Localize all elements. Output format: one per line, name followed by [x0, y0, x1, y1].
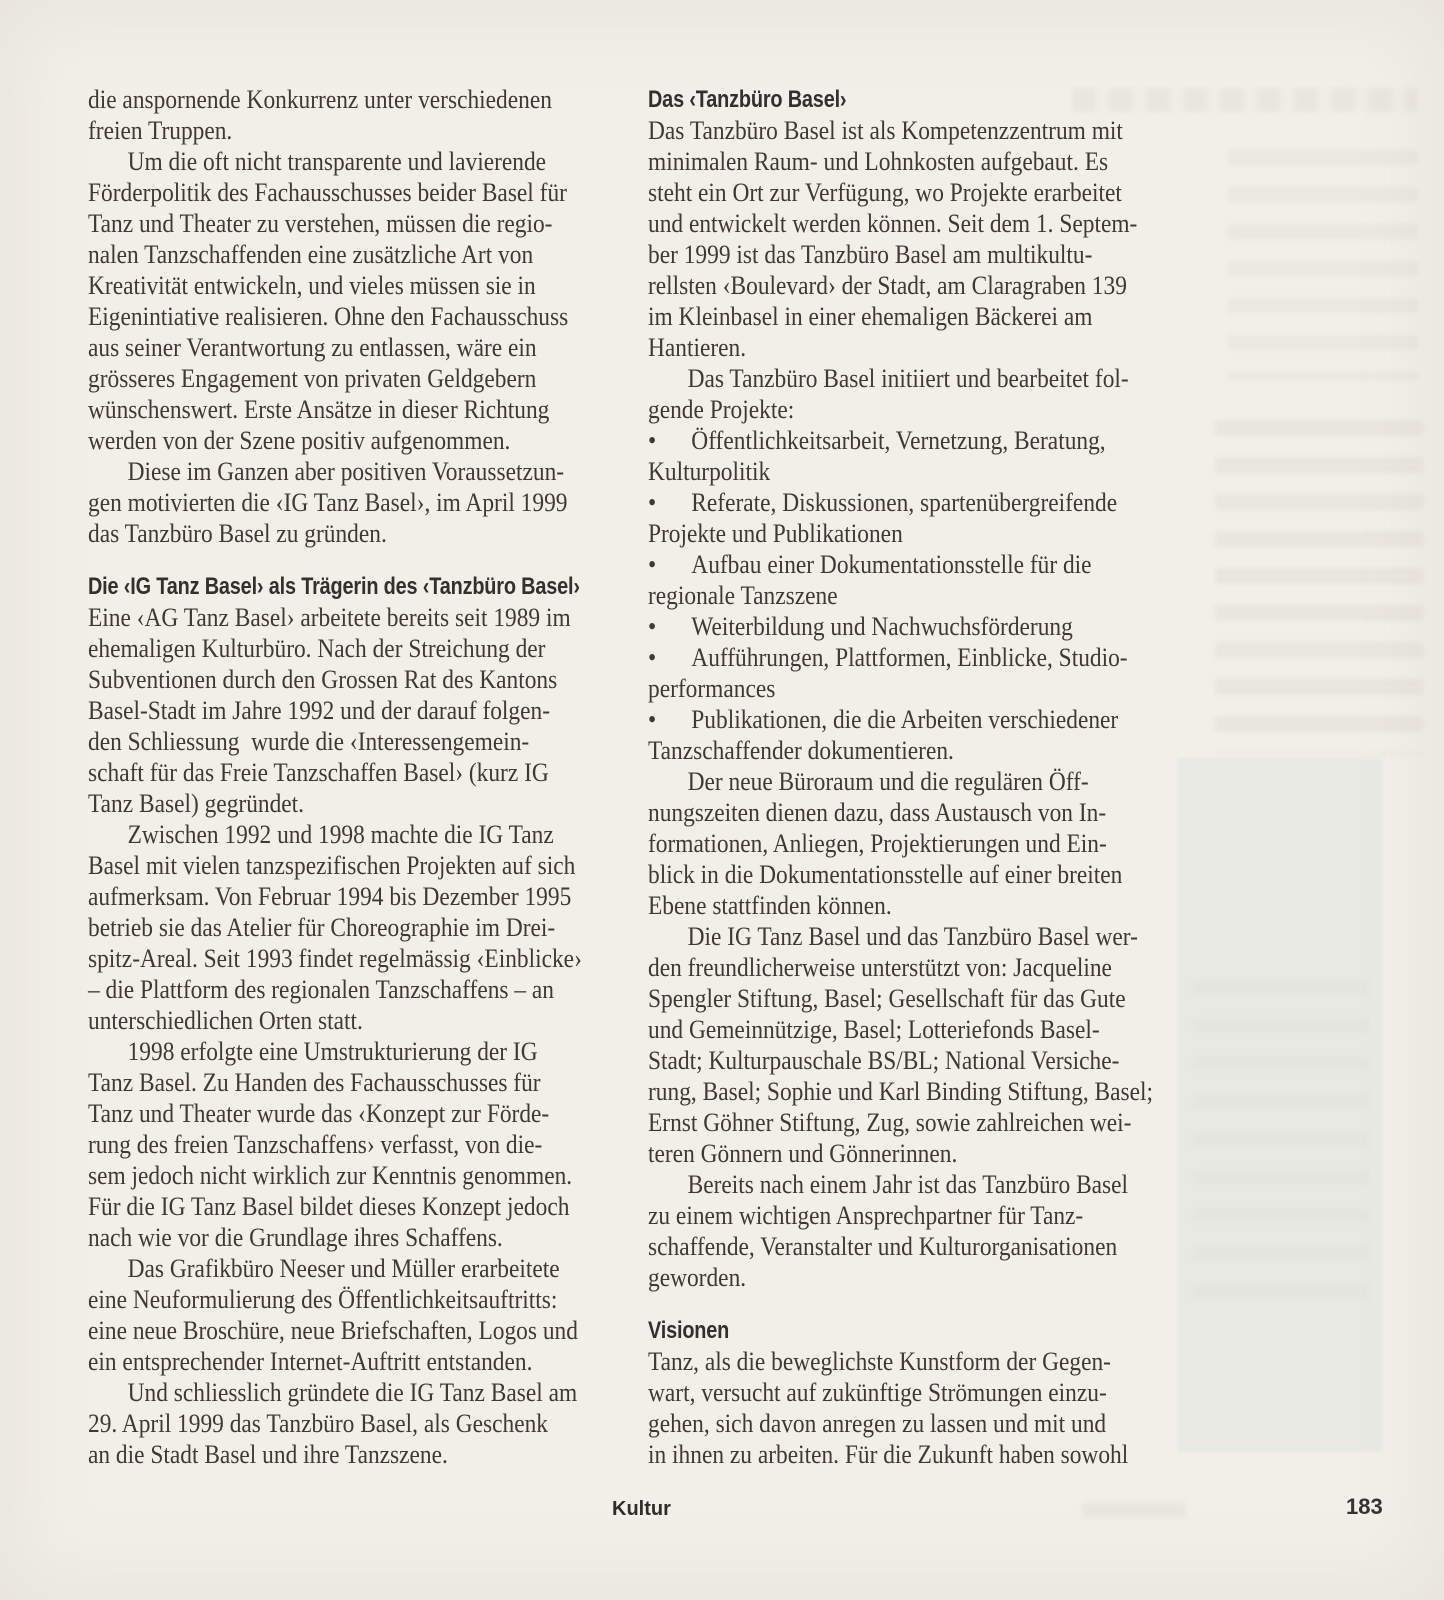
text-line: freien Truppen.: [88, 115, 641, 146]
text-line: die anspornende Konkurrenz unter verschi…: [88, 84, 641, 115]
text-line: 29. April 1999 das Tanzbüro Basel, als G…: [88, 1408, 641, 1439]
text-line: eine neue Broschüre, neue Briefschaften,…: [88, 1315, 641, 1346]
text-line: • Publikationen, die die Arbeiten versch…: [648, 704, 1210, 735]
text-line: ber 1999 ist das Tanzbüro Basel am multi…: [648, 239, 1210, 270]
section-heading-tanzbuero-basel: Das ‹Tanzbüro Basel›: [648, 84, 1165, 115]
text-line: in ihnen zu arbeiten. Für die Zukunft ha…: [648, 1439, 1210, 1470]
text-line: grösseres Engagement von privaten Geldge…: [88, 363, 641, 394]
paragraph: Das Grafikbüro Neeser und Müller erarbei…: [88, 1253, 641, 1377]
text-line: wünschenswert. Erste Ansätze in dieser R…: [88, 394, 641, 425]
text-line: eine Neuformulierung des Öffentlichkeits…: [88, 1284, 641, 1315]
bleed-through-footer-artifact: [1082, 1503, 1186, 1518]
text-line: • Aufbau einer Dokumentationsstelle für …: [648, 549, 1210, 580]
bullet-item: • Öffentlichkeitsarbeit, Vernetzung, Ber…: [648, 425, 1210, 487]
paragraph: Um die oft nicht transparente und lavier…: [88, 146, 641, 456]
text-line: im Kleinbasel in einer ehemaligen Bäcker…: [648, 301, 1210, 332]
text-line: Ebene stattfinden können.: [648, 890, 1210, 921]
text-line: wart, versucht auf zukünftige Strömungen…: [648, 1377, 1210, 1408]
footer-section-label: Kultur: [612, 1498, 671, 1521]
text-line: betrieb sie das Atelier für Choreographi…: [88, 912, 641, 943]
paragraph: Der neue Büroraum und die regulären Öff-…: [648, 766, 1210, 921]
text-line: nungszeiten dienen dazu, dass Austausch …: [648, 797, 1210, 828]
paragraph: Und schliesslich gründete die IG Tanz Ba…: [88, 1377, 641, 1470]
text-line: rellsten ‹Boulevard› der Stadt, am Clara…: [648, 270, 1210, 301]
text-line: Diese im Ganzen aber positiven Vorausset…: [88, 456, 641, 487]
text-line: Das Tanzbüro Basel ist als Kompetenzzent…: [648, 115, 1210, 146]
paragraph: Die IG Tanz Basel und das Tanzbüro Basel…: [648, 921, 1210, 1169]
text-line: schaft für das Freie Tanzschaffen Basel›…: [88, 757, 641, 788]
text-line: und entwickelt werden können. Seit dem 1…: [648, 208, 1210, 239]
text-line: • Aufführungen, Plattformen, Einblicke, …: [648, 642, 1210, 673]
text-line: Subventionen durch den Grossen Rat des K…: [88, 664, 641, 695]
text-line: Bereits nach einem Jahr ist das Tanzbüro…: [648, 1169, 1210, 1200]
bullet-item: • Aufbau einer Dokumentationsstelle für …: [648, 549, 1210, 611]
text-line: ehemaligen Kulturbüro. Nach der Streichu…: [88, 633, 641, 664]
text-line: Ernst Göhner Stiftung, Zug, sowie zahlre…: [648, 1107, 1210, 1138]
text-line: rung, Basel; Sophie und Karl Binding Sti…: [648, 1076, 1210, 1107]
text-line: Das Tanzbüro Basel initiiert und bearbei…: [648, 363, 1210, 394]
text-line: rung des freien Tanzschaffens› verfasst,…: [88, 1129, 641, 1160]
left-column: die anspornende Konkurrenz unter verschi…: [88, 84, 641, 1470]
text-line: den Schliessung wurde die ‹Interessengem…: [88, 726, 641, 757]
text-line: Tanz, als die beweglichste Kunstform der…: [648, 1346, 1210, 1377]
text-line: an die Stadt Basel und ihre Tanzszene.: [88, 1439, 641, 1470]
text-line: sem jedoch nicht wirklich zur Kenntnis g…: [88, 1160, 641, 1191]
text-line: gehen, sich davon anregen zu lassen und …: [648, 1408, 1210, 1439]
text-line: Der neue Büroraum und die regulären Öff-: [648, 766, 1210, 797]
text-line: Stadt; Kulturpauschale BS/BL; National V…: [648, 1045, 1210, 1076]
text-line: teren Gönnern und Gönnerinnen.: [648, 1138, 1210, 1169]
text-line: Tanz und Theater wurde das ‹Konzept zur …: [88, 1098, 641, 1129]
paragraph: Zwischen 1992 und 1998 machte die IG Tan…: [88, 819, 641, 1036]
text-line: formationen, Anliegen, Projektierungen u…: [648, 828, 1210, 859]
paragraph: die anspornende Konkurrenz unter verschi…: [88, 84, 641, 146]
text-line: • Referate, Diskussionen, spartenübergre…: [648, 487, 1210, 518]
text-line: nach wie vor die Grundlage ihres Schaffe…: [88, 1222, 641, 1253]
paragraph: Tanz, als die beweglichste Kunstform der…: [648, 1346, 1210, 1470]
text-line: gen motivierten die ‹IG Tanz Basel›, im …: [88, 487, 641, 518]
text-line: 1998 erfolgte eine Umstrukturierung der …: [88, 1036, 641, 1067]
text-line: nalen Tanzschaffenden eine zusätzliche A…: [88, 239, 641, 270]
text-line: den freundlicherweise unterstützt von: J…: [648, 952, 1210, 983]
text-line: performances: [648, 673, 1210, 704]
text-line: Kulturpolitik: [648, 456, 1210, 487]
bleed-through-text-artifact: [1215, 420, 1423, 755]
bullet-item: • Weiterbildung und Nachwuchsförderung: [648, 611, 1210, 642]
text-line: • Weiterbildung und Nachwuchsförderung: [648, 611, 1210, 642]
scanned-page: die anspornende Konkurrenz unter verschi…: [0, 0, 1444, 1600]
text-line: aus seiner Verantwortung zu entlassen, w…: [88, 332, 641, 363]
section-heading-ig-tanz-basel: Die ‹IG Tanz Basel› als Trägerin des ‹Ta…: [88, 571, 596, 602]
paragraph: Das Tanzbüro Basel initiiert und bearbei…: [648, 363, 1210, 425]
section-heading-visionen: Visionen: [648, 1315, 1165, 1346]
text-line: spitz-Areal. Seit 1993 findet regelmässi…: [88, 943, 641, 974]
text-line: Tanzschaffender dokumentieren.: [648, 735, 1210, 766]
text-line: – die Plattform des regionalen Tanzschaf…: [88, 974, 641, 1005]
bullet-item: • Aufführungen, Plattformen, Einblicke, …: [648, 642, 1210, 704]
right-column: Das ‹Tanzbüro Basel› Das Tanzbüro Basel …: [648, 84, 1210, 1470]
text-line: Tanz und Theater zu verstehen, müssen di…: [88, 208, 641, 239]
bleed-through-text-artifact: [1228, 150, 1418, 380]
text-line: gende Projekte:: [648, 394, 1210, 425]
text-line: • Öffentlichkeitsarbeit, Vernetzung, Ber…: [648, 425, 1210, 456]
text-line: zu einem wichtigen Ansprechpartner für T…: [648, 1200, 1210, 1231]
text-line: Tanz Basel. Zu Handen des Fachausschusse…: [88, 1067, 641, 1098]
text-line: Kreativität entwickeln, und vieles müsse…: [88, 270, 641, 301]
text-line: werden von der Szene positiv aufgenommen…: [88, 425, 641, 456]
text-line: Eigenintiative realisieren. Ohne den Fac…: [88, 301, 641, 332]
text-line: minimalen Raum- und Lohnkosten aufgebaut…: [648, 146, 1210, 177]
text-line: Basel mit vielen tanzspezifischen Projek…: [88, 850, 641, 881]
paragraph: Das Tanzbüro Basel ist als Kompetenzzent…: [648, 115, 1210, 363]
text-line: unterschiedlichen Orten statt.: [88, 1005, 641, 1036]
text-line: steht ein Ort zur Verfügung, wo Projekte…: [648, 177, 1210, 208]
text-line: Zwischen 1992 und 1998 machte die IG Tan…: [88, 819, 641, 850]
text-line: Hantieren.: [648, 332, 1210, 363]
text-line: Projekte und Publikationen: [648, 518, 1210, 549]
text-line: blick in die Dokumentationsstelle auf ei…: [648, 859, 1210, 890]
paragraph: 1998 erfolgte eine Umstrukturierung der …: [88, 1036, 641, 1253]
bullet-item: • Publikationen, die die Arbeiten versch…: [648, 704, 1210, 766]
text-line: aufmerksam. Von Februar 1994 bis Dezembe…: [88, 881, 641, 912]
text-line: ein entsprechender Internet-Auftritt ent…: [88, 1346, 641, 1377]
paragraph: Diese im Ganzen aber positiven Vorausset…: [88, 456, 641, 549]
text-line: Und schliesslich gründete die IG Tanz Ba…: [88, 1377, 641, 1408]
text-line: Die IG Tanz Basel und das Tanzbüro Basel…: [648, 921, 1210, 952]
text-line: schaffende, Veranstalter und Kulturorgan…: [648, 1231, 1210, 1262]
text-line: Für die IG Tanz Basel bildet dieses Konz…: [88, 1191, 641, 1222]
paragraph: Bereits nach einem Jahr ist das Tanzbüro…: [648, 1169, 1210, 1293]
paragraph: Eine ‹AG Tanz Basel› arbeitete bereits s…: [88, 602, 641, 819]
text-line: das Tanzbüro Basel zu gründen.: [88, 518, 641, 549]
text-line: Tanz Basel) gegründet.: [88, 788, 641, 819]
text-line: regionale Tanzszene: [648, 580, 1210, 611]
text-line: Um die oft nicht transparente und lavier…: [88, 146, 641, 177]
text-line: Basel-Stadt im Jahre 1992 und der darauf…: [88, 695, 641, 726]
text-line: und Gemeinnützige, Basel; Lotteriefonds …: [648, 1014, 1210, 1045]
text-line: Eine ‹AG Tanz Basel› arbeitete bereits s…: [88, 602, 641, 633]
bullet-item: • Referate, Diskussionen, spartenübergre…: [648, 487, 1210, 549]
footer-page-number: 183: [1346, 1494, 1383, 1520]
text-line: Förderpolitik des Fachausschusses beider…: [88, 177, 641, 208]
text-line: Spengler Stiftung, Basel; Gesellschaft f…: [648, 983, 1210, 1014]
text-line: geworden.: [648, 1262, 1210, 1293]
text-line: Das Grafikbüro Neeser und Müller erarbei…: [88, 1253, 641, 1284]
